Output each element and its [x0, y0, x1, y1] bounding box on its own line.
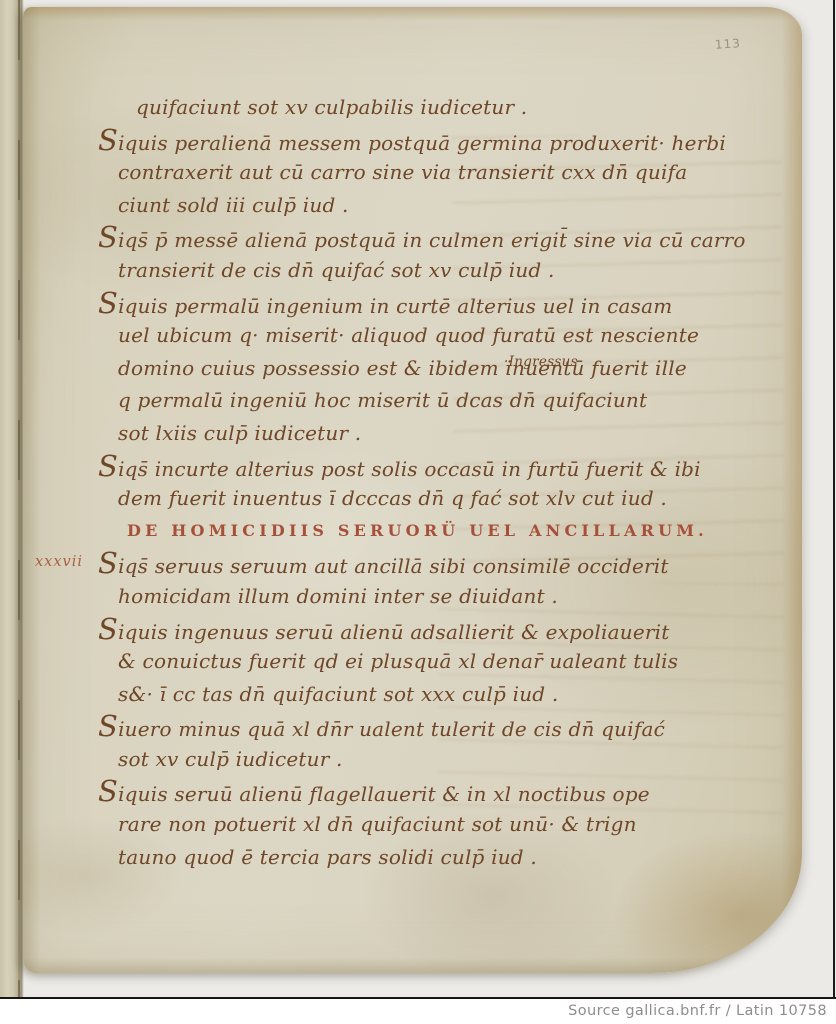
- manuscript-line: Siquis peralienā messem postquā germina …: [98, 124, 802, 157]
- source-bar: Source gallica.bnf.fr / Latin 10758: [0, 997, 836, 1024]
- manuscript-line: quifaciunt sot xv culpabilis iudicetur .: [136, 91, 802, 124]
- manuscript-line: ciunt sold iii culp̄ iud .: [118, 189, 802, 222]
- manuscript-line: Siquis permalū ingenium in curtē alteriu…: [98, 287, 802, 320]
- manuscript-line: s&· ī cc tas dn̄ quifaciunt sot xxx culp…: [118, 678, 802, 711]
- manuscript-line: Siqs̄ incurte alterius post solis occasū…: [98, 450, 802, 483]
- manuscript-line: Siquis seruū alienū flagellauerit & in x…: [98, 775, 802, 808]
- manuscript-line: contraxerit aut cū carro sine via transi…: [118, 156, 802, 189]
- scan-frame-line: [833, 0, 835, 997]
- manuscript-line: rare non potuerit xl dn̄ quifaciunt sot …: [118, 808, 802, 841]
- manuscript-line: homicidam illum domini inter se diuidant…: [118, 580, 802, 613]
- manuscript-line: Siuero minus quā xl dn̄r ualent tulerit …: [98, 710, 802, 743]
- manuscript-line: Siqs̄ p̄ messē alienā postquā in culmen …: [98, 221, 802, 254]
- manuscript-line: Siquis ingenuus seruū alienū adsallierit…: [98, 613, 802, 646]
- manuscript-line: transierit de cis dn̄ quifać sot xv culp…: [118, 254, 802, 287]
- manuscript-line: q permalū ingeniū hoc miserit ū dcas dn̄…: [118, 384, 802, 417]
- rubric-heading: DE HOMICIDIIS SERUORÜ UEL ANCILLARUM.: [127, 515, 802, 548]
- folio-number: 113: [715, 36, 742, 52]
- manuscript-line: sot xv culp̄ iudicetur .: [118, 743, 802, 776]
- manuscript-line: uel ubicum q· miserit· aliquod quod fura…: [118, 319, 802, 352]
- manuscript-line: domino cuius possessio est & ibidem inue…: [118, 352, 802, 385]
- interlinear-gloss: ·Ingressus: [504, 354, 578, 370]
- manuscript-line: & conuictus fuerit qd ei plusquā xl dena…: [118, 645, 802, 678]
- book-spine: [0, 0, 24, 997]
- manuscript-scan-viewer: 113 xxxvii quifaciunt sot xv culpabilis …: [0, 0, 836, 1024]
- text-block: quifaciunt sot xv culpabilis iudicetur .…: [23, 91, 802, 873]
- parchment-page: 113 xxxvii quifaciunt sot xv culpabilis …: [23, 7, 802, 973]
- scan-background: 113 xxxvii quifaciunt sot xv culpabilis …: [0, 0, 836, 997]
- manuscript-line: sot lxiis culp̄ iudicetur .: [118, 417, 802, 450]
- manuscript-line: Siqs̄ seruus seruum aut ancillā sibi con…: [98, 547, 802, 580]
- manuscript-line: tauno quod ē tercia pars solidi culp̄ iu…: [118, 841, 802, 874]
- manuscript-line: dem fuerit inuentus ī dcccas dn̄ q fać s…: [118, 482, 802, 515]
